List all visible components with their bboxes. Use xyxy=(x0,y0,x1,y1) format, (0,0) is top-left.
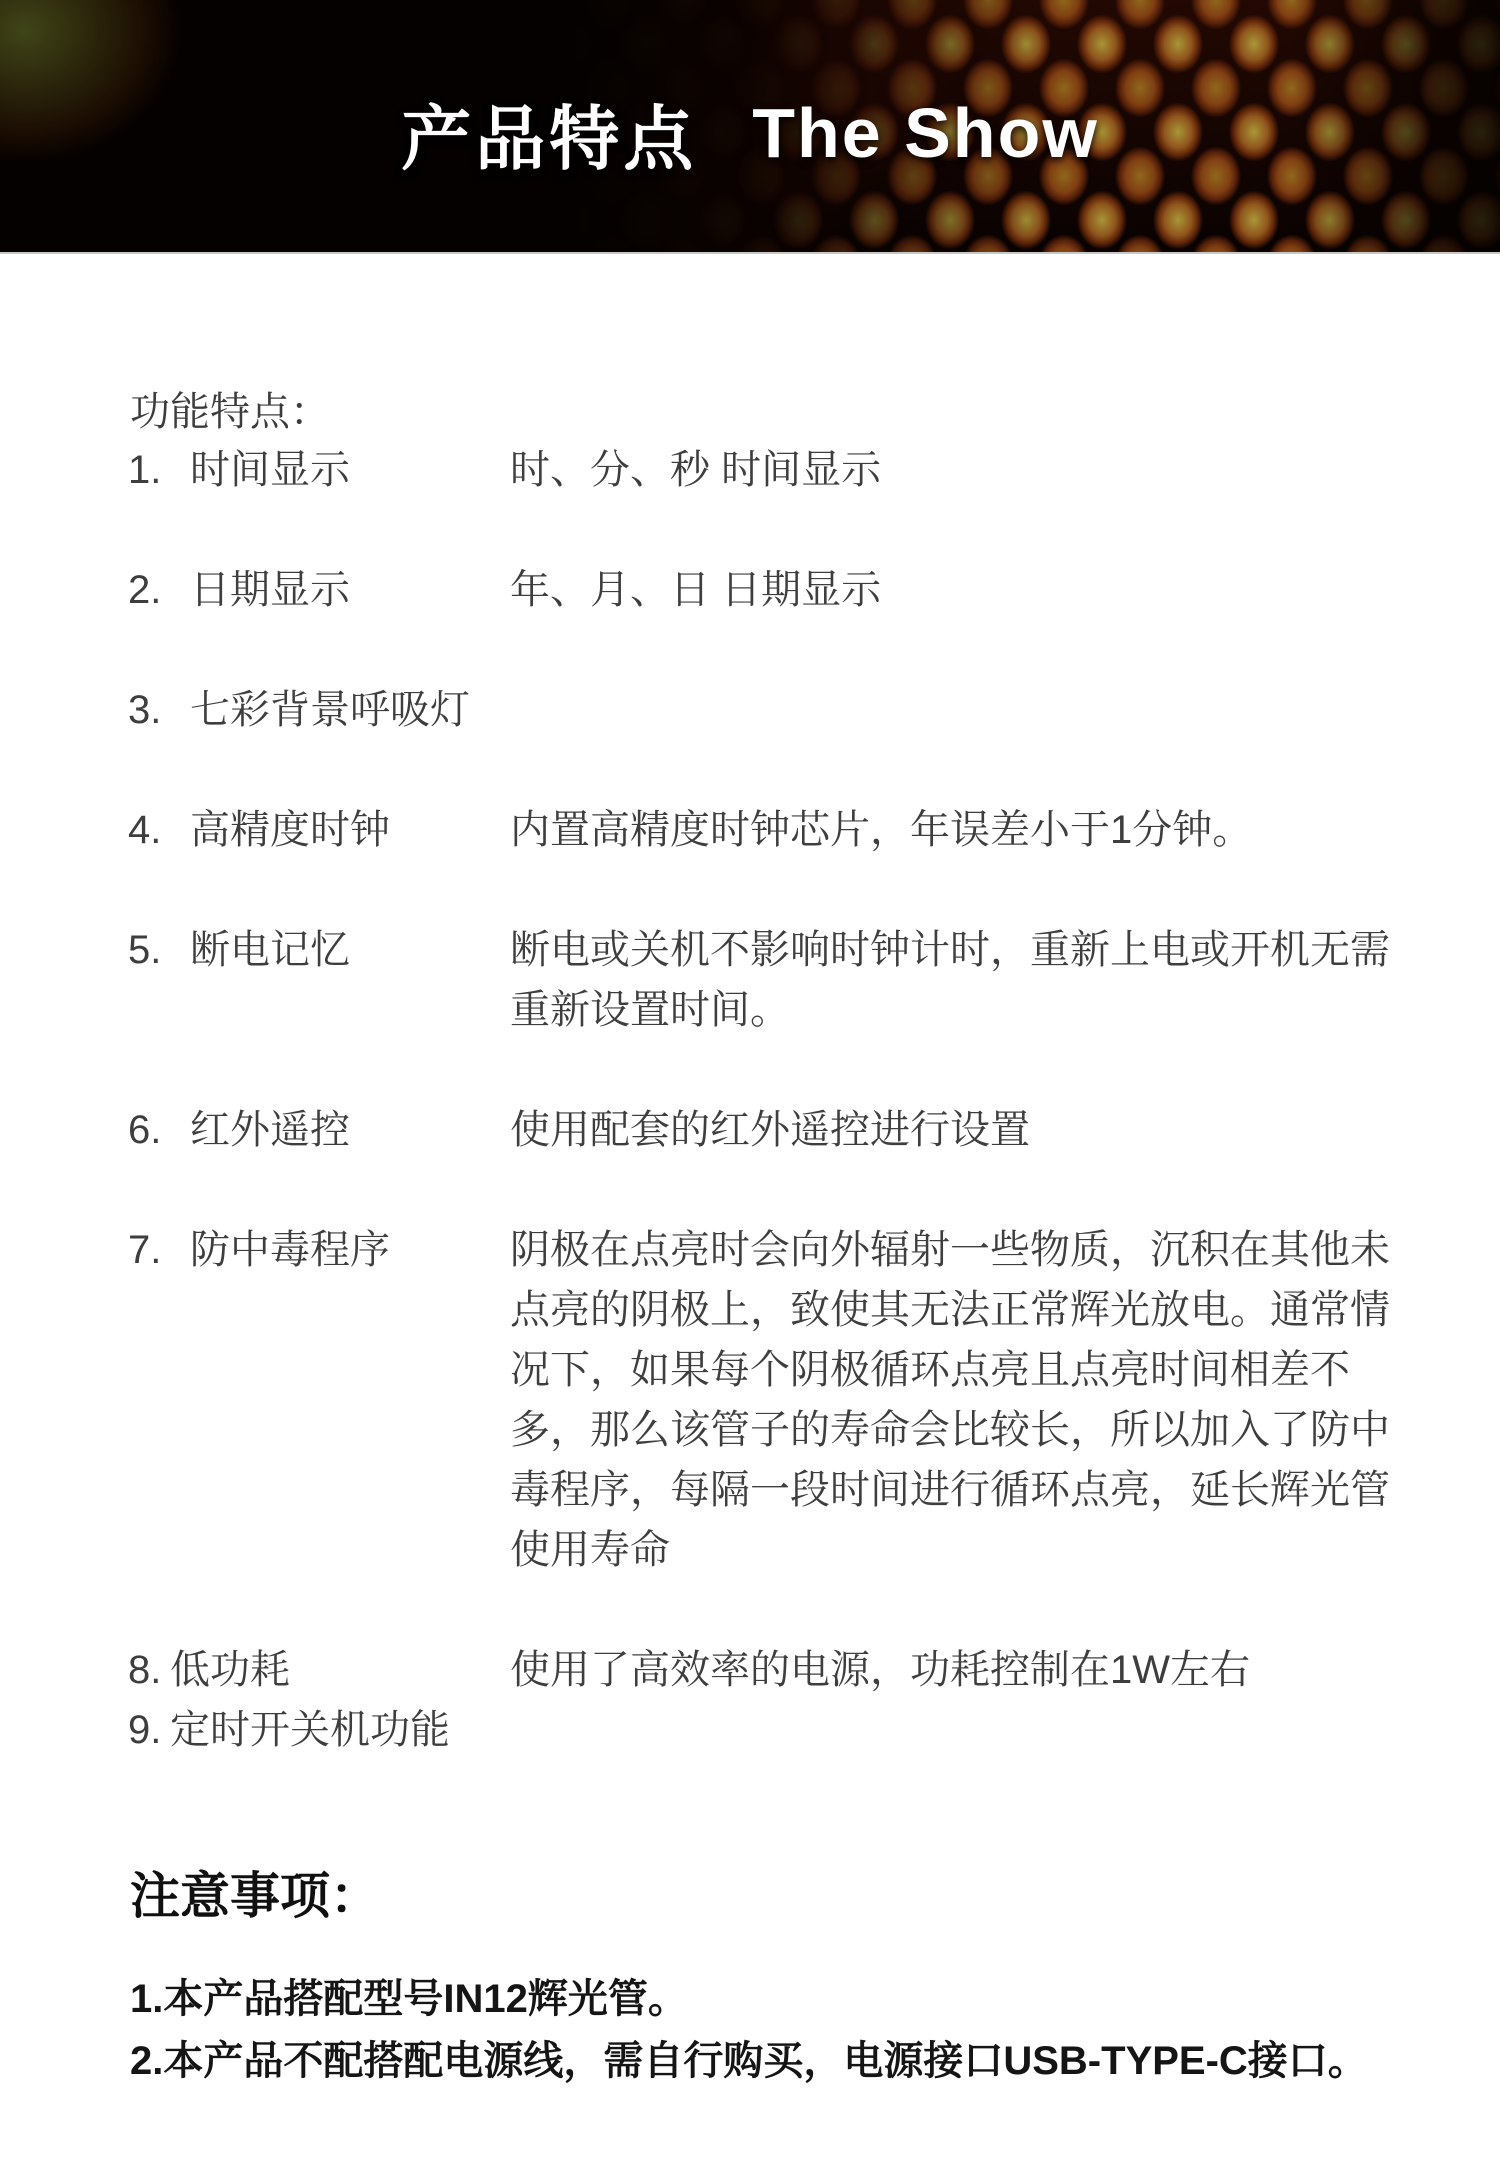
feature-number: 2. xyxy=(128,560,190,620)
note-line: 2.本产品不配搭配电源线，需自行购买，电源接口USB-TYPE-C接口。 xyxy=(130,2030,1440,2092)
feature-description: 内置高精度时钟芯片，年误差小于1分钟。 xyxy=(510,800,1415,860)
banner: 产品特点 The Show xyxy=(0,0,1500,254)
feature-number: 9. xyxy=(128,1700,170,1760)
feature-description: 使用配套的红外遥控进行设置 xyxy=(510,1100,1415,1160)
content-area: 功能特点： 1. 时间显示 时、分、秒 时间显示 2. 日期显示 年、月、日 日… xyxy=(0,254,1500,2092)
feature-description: 阴极在点亮时会向外辐射一些物质，沉积在其他未点亮的阴极上，致使其无法正常辉光放电… xyxy=(510,1220,1415,1580)
feature-description xyxy=(510,680,1415,740)
feature-label: 七彩背景呼吸灯 xyxy=(190,680,510,740)
notes-heading: 注意事项： xyxy=(130,1860,1440,1932)
feature-description: 使用了高效率的电源，功耗控制在1W左右 xyxy=(510,1640,1415,1700)
feature-label: 日期显示 xyxy=(190,560,510,620)
feature-label: 红外遥控 xyxy=(190,1100,510,1160)
feature-row: 8. 低功耗 使用了高效率的电源，功耗控制在1W左右 xyxy=(128,1640,1440,1700)
feature-label: 低功耗 xyxy=(170,1640,510,1700)
feature-number: 4. xyxy=(128,800,190,860)
feature-row: 5. 断电记忆 断电或关机不影响时钟计时，重新上电或开机无需重新设置时间。 xyxy=(128,920,1440,1040)
feature-label: 时间显示 xyxy=(190,440,510,500)
banner-title-en: The Show xyxy=(752,93,1099,173)
feature-number: 5. xyxy=(128,920,190,1040)
feature-number: 6. xyxy=(128,1100,190,1160)
feature-row: 3. 七彩背景呼吸灯 xyxy=(128,680,1440,740)
feature-label: 防中毒程序 xyxy=(190,1220,510,1580)
feature-row: 2. 日期显示 年、月、日 日期显示 xyxy=(128,560,1440,620)
feature-number: 8. xyxy=(128,1640,170,1700)
feature-row: 1. 时间显示 时、分、秒 时间显示 xyxy=(128,440,1440,500)
feature-number: 7. xyxy=(128,1220,190,1580)
notes-section: 注意事项： 1.本产品搭配型号IN12辉光管。 2.本产品不配搭配电源线，需自行… xyxy=(130,1860,1440,2092)
feature-label: 断电记忆 xyxy=(190,920,510,1040)
feature-description: 断电或关机不影响时钟计时，重新上电或开机无需重新设置时间。 xyxy=(510,920,1415,1040)
feature-description xyxy=(510,1700,1415,1760)
banner-title: 产品特点 The Show xyxy=(0,0,1500,252)
feature-row: 9. 定时开关机功能 xyxy=(128,1700,1440,1760)
note-line: 1.本产品搭配型号IN12辉光管。 xyxy=(130,1968,1440,2030)
feature-row: 4. 高精度时钟 内置高精度时钟芯片，年误差小于1分钟。 xyxy=(128,800,1440,860)
feature-description: 时、分、秒 时间显示 xyxy=(510,440,1415,500)
feature-number: 3. xyxy=(128,680,190,740)
features-heading: 功能特点： xyxy=(130,384,1440,440)
feature-row: 7. 防中毒程序 阴极在点亮时会向外辐射一些物质，沉积在其他未点亮的阴极上，致使… xyxy=(128,1220,1440,1580)
feature-label: 高精度时钟 xyxy=(190,800,510,860)
feature-number: 1. xyxy=(128,440,190,500)
feature-description: 年、月、日 日期显示 xyxy=(510,560,1415,620)
feature-label: 定时开关机功能 xyxy=(170,1700,510,1760)
banner-title-zh: 产品特点 xyxy=(401,83,697,184)
feature-row: 6. 红外遥控 使用配套的红外遥控进行设置 xyxy=(128,1100,1440,1160)
